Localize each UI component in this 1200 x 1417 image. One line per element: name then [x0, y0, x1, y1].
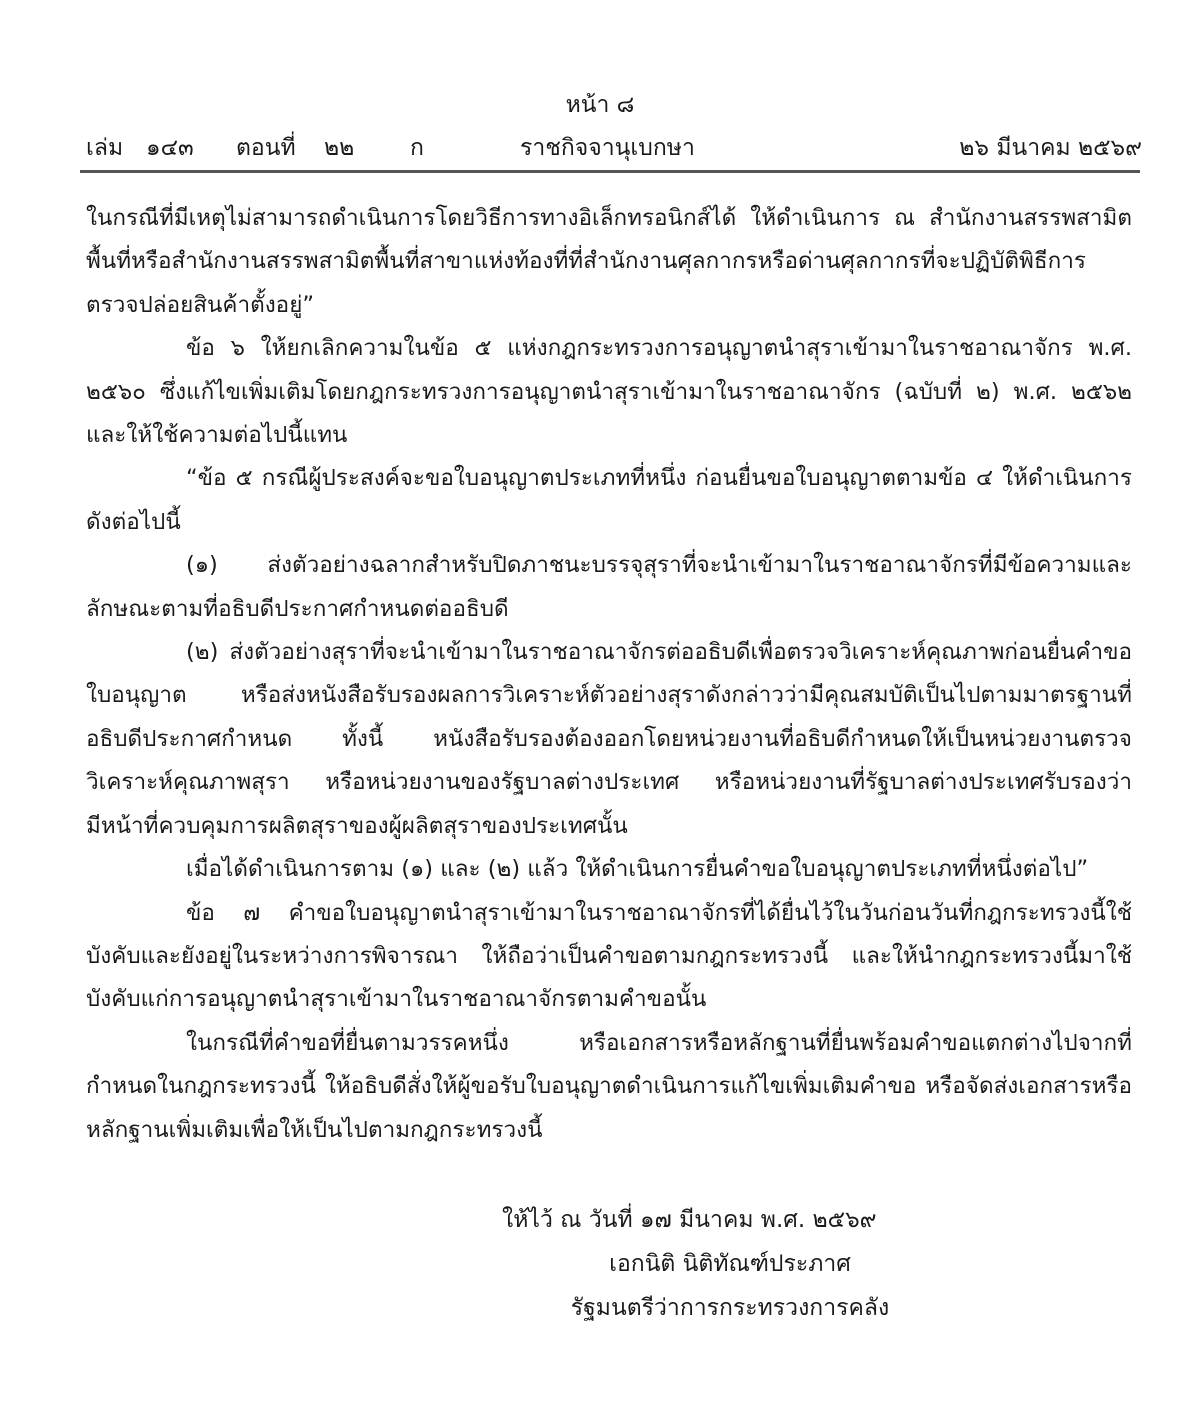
paragraph-after-items: เมื่อได้ดำเนินการตาม (๑) และ (๒) แล้ว ให… [86, 848, 1132, 891]
page-number: หน้า ๘ [0, 88, 1200, 122]
issue-section: ก [410, 131, 424, 165]
publication-title: ราชกิจจานุเบกษา [520, 131, 695, 165]
paragraph-section-7: ข้อ ๗ คำขอใบอนุญาตนำสุราเข้ามาในราชอาณาจ… [86, 892, 1132, 1022]
issue-label: ตอนที่ [236, 131, 296, 165]
issue-number: ๒๒ [324, 131, 354, 165]
signer-name: เอกนิติ นิติทัณฑ์ประภาศ [480, 1242, 980, 1286]
paragraph-section-5-amended: “ข้อ ๕ กรณีผู้ประสงค์จะขอใบอนุญาตประเภทท… [86, 457, 1132, 544]
header-divider [80, 170, 1140, 173]
gazette-page: หน้า ๘ เล่ม ๑๔๓ ตอนที่ ๒๒ ก ราชกิจจานุเบ… [0, 0, 1200, 1417]
paragraph-item-1: (๑) ส่งตัวอย่างฉลากสำหรับปิดภาชนะบรรจุสุ… [86, 544, 1132, 631]
publication-date: ๒๖ มีนาคม ๒๕๖๙ [959, 131, 1142, 165]
paragraph-section-6: ข้อ ๖ ให้ยกเลิกความในข้อ ๕ แห่งกฎกระทรวง… [86, 327, 1132, 457]
paragraph-section-7-clause-2: ในกรณีที่คำขอที่ยื่นตามวรรคหนึ่ง หรือเอก… [86, 1022, 1132, 1152]
gazette-header: เล่ม ๑๔๓ ตอนที่ ๒๒ ก ราชกิจจานุเบกษา ๒๖ … [86, 131, 1142, 165]
given-date: ให้ไว้ ณ วันที่ ๑๗ มีนาคม พ.ศ. ๒๕๖๙ [480, 1198, 980, 1242]
document-body: ในกรณีที่มีเหตุไม่สามารถดำเนินการโดยวิธี… [86, 197, 1132, 1152]
volume-number: ๑๔๓ [146, 131, 194, 165]
volume-label: เล่ม [86, 131, 123, 165]
signature-block: ให้ไว้ ณ วันที่ ๑๗ มีนาคม พ.ศ. ๒๕๖๙ เอกน… [480, 1198, 980, 1330]
signer-title: รัฐมนตรีว่าการกระทรวงการคลัง [480, 1286, 980, 1330]
paragraph-item-2: (๒) ส่งตัวอย่างสุราที่จะนำเข้ามาในราชอาณ… [86, 631, 1132, 848]
paragraph-continuation: ในกรณีที่มีเหตุไม่สามารถดำเนินการโดยวิธี… [86, 197, 1132, 327]
